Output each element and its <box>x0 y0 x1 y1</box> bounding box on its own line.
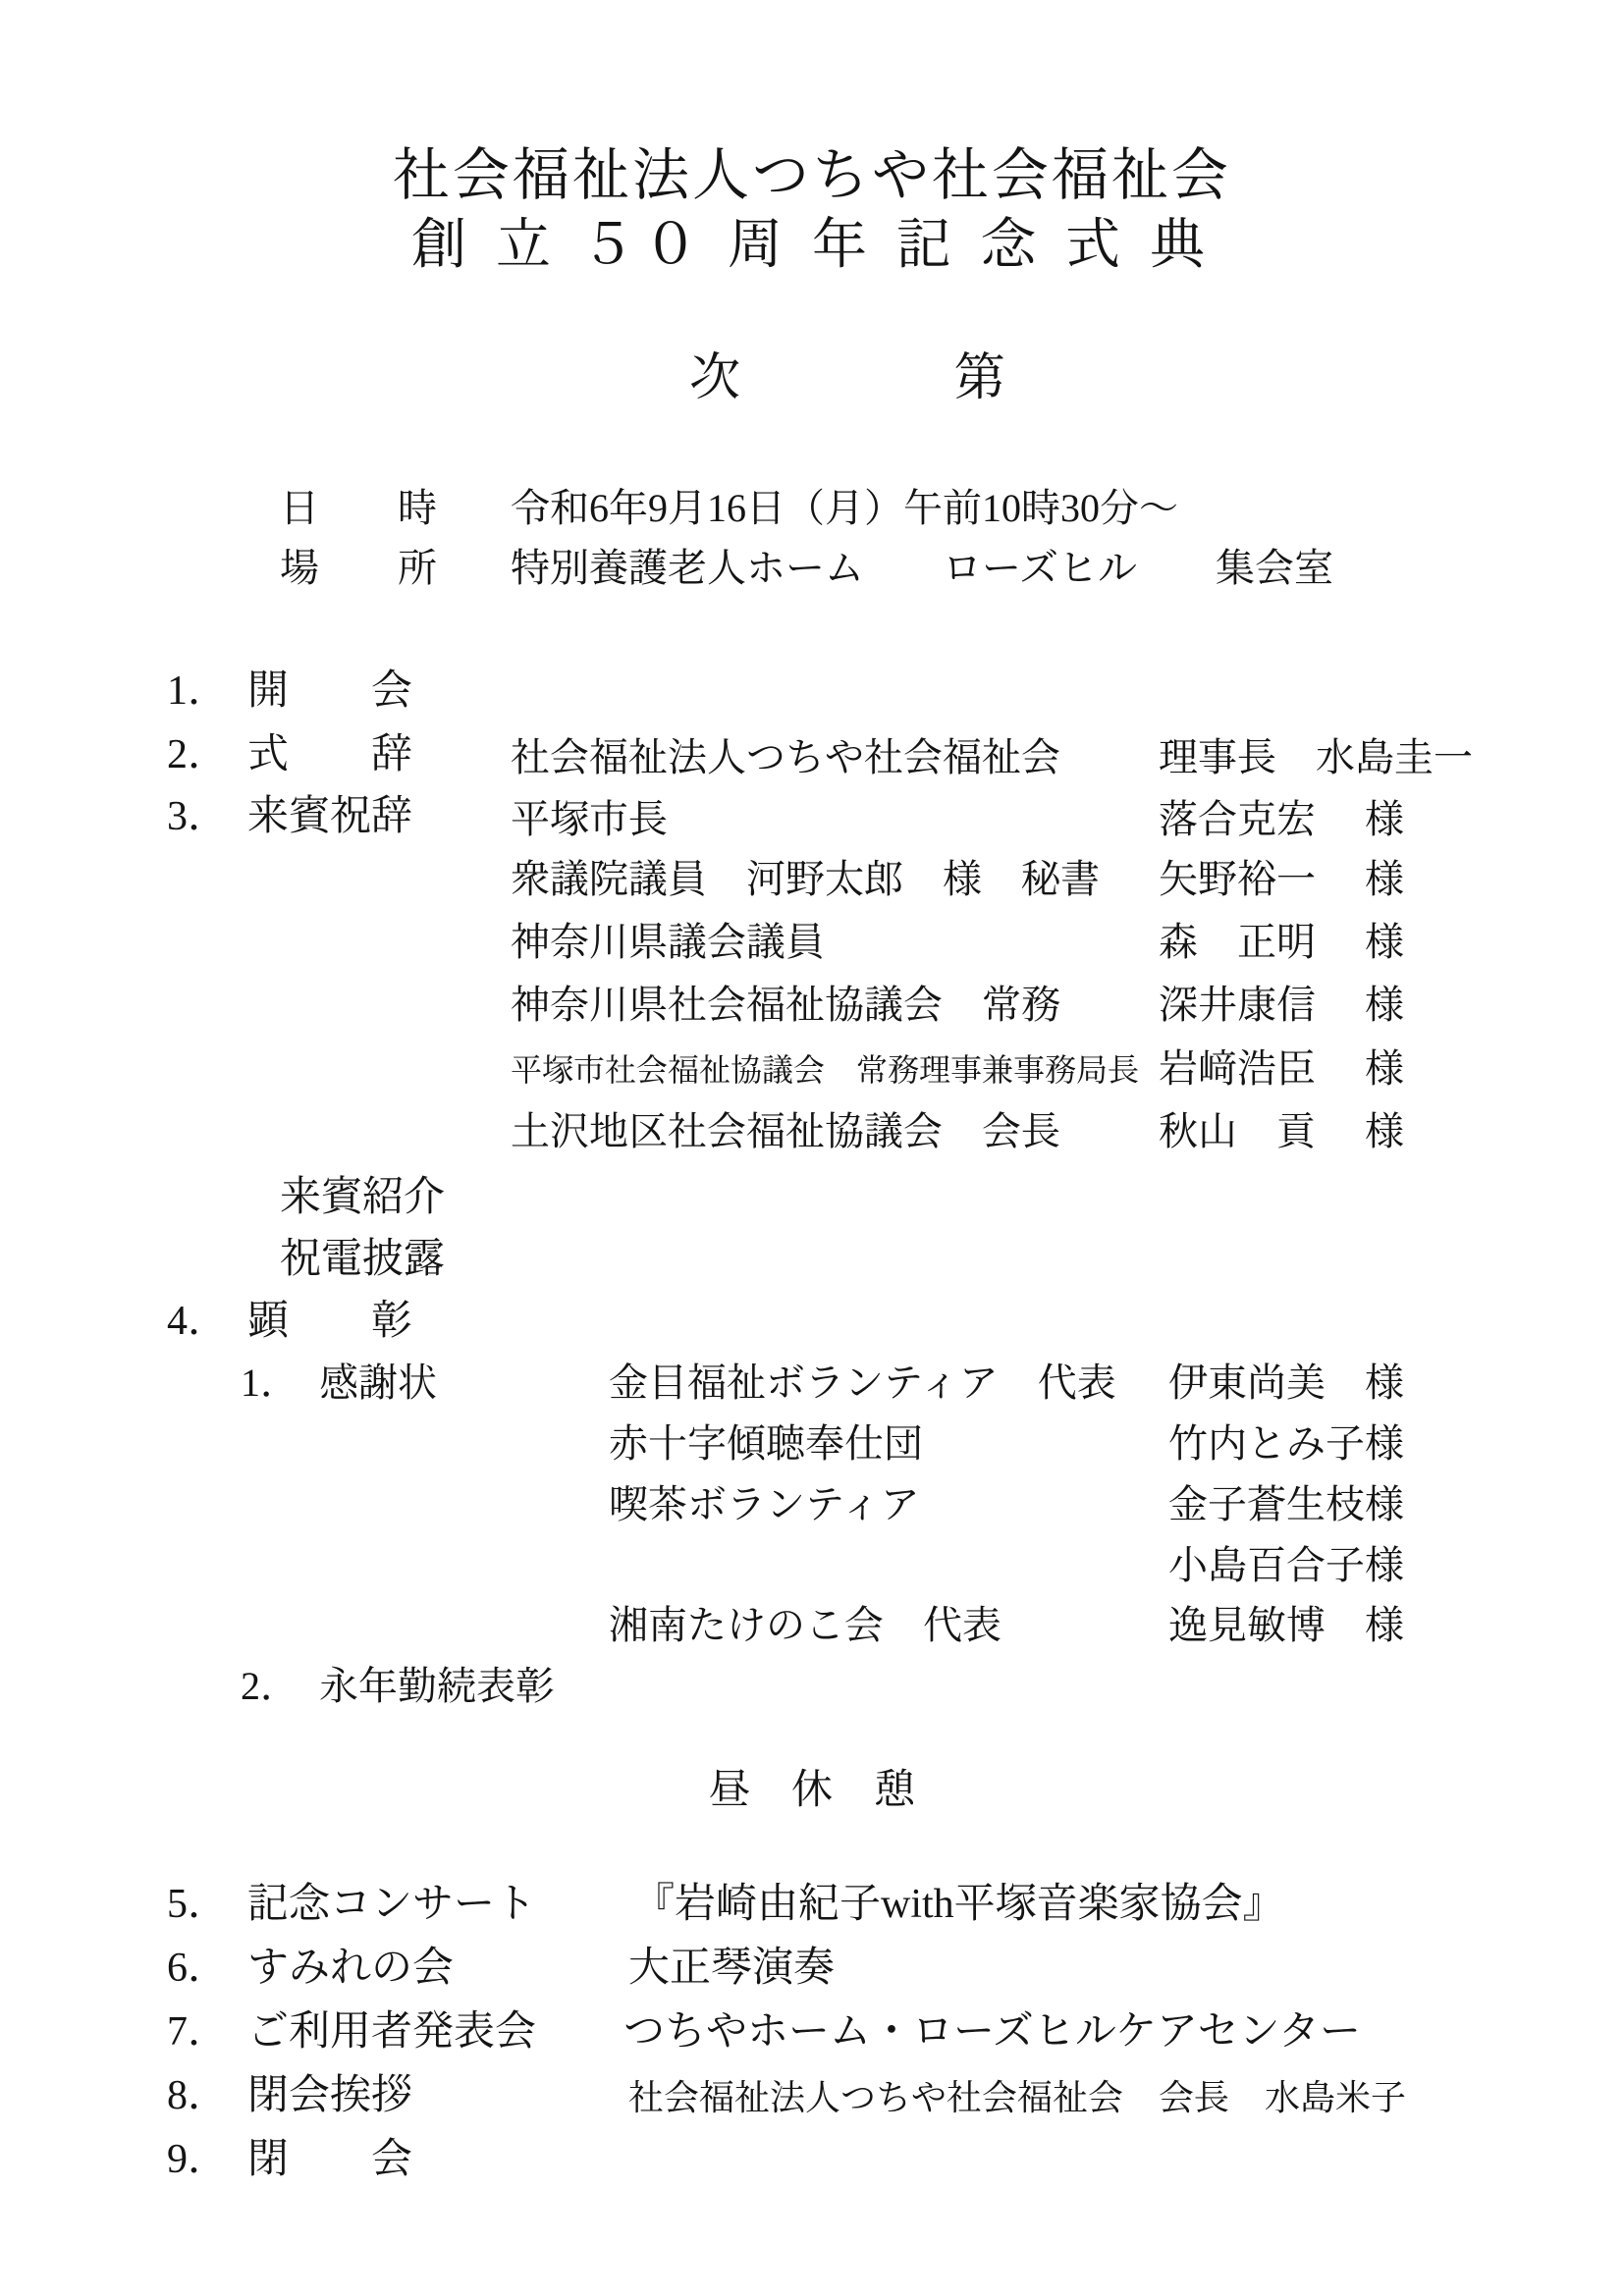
item-number: 8． <box>167 2072 229 2119</box>
place-value: 特別養護老人ホーム ローズヒル 集会室 <box>511 546 1333 591</box>
item-number: 3． <box>167 793 229 840</box>
guest-person: 矢野裕一 <box>1159 857 1316 902</box>
recipient-name: 小島百合子様 <box>1168 1543 1404 1588</box>
guest-person: 落合克宏 <box>1159 797 1316 842</box>
guest-honorific: 様 <box>1365 1046 1404 1092</box>
sub-item-number: 2． <box>241 1664 299 1709</box>
item-number: 2． <box>167 731 229 778</box>
recipient-name: 逸見敏博 様 <box>1168 1603 1404 1648</box>
item-description: 『岩崎由紀子with平塚音楽家協会』 <box>633 1881 1284 1928</box>
sub-item-number: 1． <box>241 1361 299 1406</box>
title-line1: 社会福祉法人つちや社会福祉会 <box>0 143 1624 209</box>
guest-organization: 平塚市長 <box>511 797 668 842</box>
date-label: 日 時 <box>280 486 437 531</box>
recipient-organization: 金目福祉ボランティア 代表 <box>609 1361 1116 1406</box>
item-description: 社会福祉法人つちや社会福祉会 会長 水島米子 <box>628 2078 1406 2118</box>
item-label: すみれの会 <box>247 1945 454 1992</box>
item-label: 式 辞 <box>247 731 412 778</box>
item-description: つちやホーム・ローズヒルケアセンター <box>623 2008 1361 2056</box>
guest-honorific: 様 <box>1365 1109 1404 1154</box>
guest-organization: 衆議院議員 河野太郎 様 秘書 <box>511 857 1100 902</box>
recipient-name: 伊東尚美 様 <box>1168 1361 1404 1406</box>
ceremony-program-document: 社会福祉法人つちや社会福祉会 創 立 ５０ 周 年 記 念 式 典 次 第 日 … <box>0 0 1624 2296</box>
guest-honorific: 様 <box>1365 857 1404 902</box>
title-line2: 創 立 ５０ 周 年 記 念 式 典 <box>0 214 1624 277</box>
item-label: 記念コンサート <box>247 1881 536 1928</box>
recipient-organization: 湘南たけのこ会 代表 <box>609 1603 1001 1648</box>
item-label: 来賓祝辞 <box>247 793 412 840</box>
agenda-heading: 次 第 <box>689 349 1007 408</box>
item-label: ご利用者発表会 <box>247 2008 536 2056</box>
sub-item-label: 永年勤続表彰 <box>319 1664 555 1709</box>
recipient-name: 竹内とみ子様 <box>1168 1421 1404 1467</box>
guest-person: 森 正明 <box>1159 920 1316 965</box>
recipient-name: 金子蒼生枝様 <box>1168 1482 1404 1527</box>
item-description: 大正琴演奏 <box>628 1945 835 1992</box>
place-label: 場 所 <box>280 546 437 591</box>
guest-person: 岩﨑浩臣 <box>1159 1046 1316 1092</box>
guest-organization: 神奈川県議会議員 <box>511 920 825 965</box>
address-person: 理事長 水島圭一 <box>1159 735 1473 780</box>
guest-person: 深井康信 <box>1159 983 1316 1028</box>
item-number: 1． <box>167 667 229 715</box>
address-organization: 社会福祉法人つちや社会福祉会 <box>511 735 1060 780</box>
telegram-reading: 祝電披露 <box>280 1236 445 1283</box>
guest-organization: 平塚市社会福祉協議会 常務理事兼事務局長 <box>511 1052 1139 1089</box>
recipient-organization: 赤十字傾聴奉仕団 <box>609 1421 923 1467</box>
guest-organization: 土沢地区社会福祉協議会 会長 <box>511 1109 1060 1154</box>
sub-item-label: 感謝状 <box>319 1361 437 1406</box>
guest-person: 秋山 貢 <box>1159 1109 1316 1154</box>
date-value: 令和6年9月16日（月）午前10時30分～ <box>511 486 1178 531</box>
item-number: 5． <box>167 1881 229 1928</box>
item-number: 4． <box>167 1298 229 1345</box>
guest-honorific: 様 <box>1365 920 1404 965</box>
item-number: 6． <box>167 1945 229 1992</box>
item-number: 9． <box>167 2136 229 2183</box>
lunch-break-heading: 昼 休 憩 <box>0 1767 1624 1814</box>
guest-organization: 神奈川県社会福祉協議会 常務 <box>511 983 1060 1028</box>
item-number: 7． <box>167 2008 229 2056</box>
item-label: 閉会挨拶 <box>247 2072 412 2119</box>
guest-introduction: 来賓紹介 <box>280 1174 445 1221</box>
item-label: 開 会 <box>247 667 412 715</box>
recipient-organization: 喫茶ボランティア <box>609 1482 920 1527</box>
item-label: 顕 彰 <box>247 1298 412 1345</box>
guest-honorific: 様 <box>1365 983 1404 1028</box>
item-label: 閉 会 <box>247 2136 412 2183</box>
guest-honorific: 様 <box>1365 797 1404 842</box>
